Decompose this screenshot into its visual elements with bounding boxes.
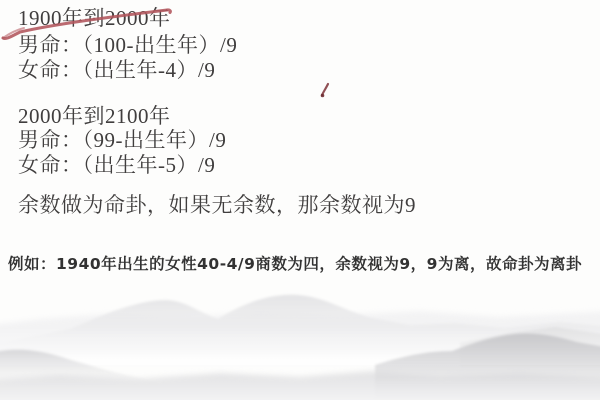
- formula-female-2000: 女命：（出生年-5）/9: [18, 153, 215, 177]
- example-text: 例如：1940年出生的女性40-4/9商数为四，余数视为9，9为离，故命卦为离卦: [8, 252, 600, 274]
- remainder-rule-text: 余数做为命卦，如果无余数，那余数视为9: [18, 193, 416, 217]
- ink-mountains-illustration: [0, 285, 600, 400]
- formula-male-1900: 男命：（100-出生年）/9: [18, 33, 237, 57]
- heading-period-2000: 2000年到2100年: [18, 104, 171, 128]
- heading-period-1900: 1900年到2000年: [18, 6, 171, 30]
- formula-female-1900: 女命：（出生年-4）/9: [18, 58, 215, 82]
- slide: 1900年到2000年 男命：（100-出生年）/9 女命：（出生年-4）/9 …: [0, 0, 600, 400]
- red-pen-mark: [312, 78, 342, 108]
- formula-male-2000: 男命：（99-出生年）/9: [18, 128, 226, 152]
